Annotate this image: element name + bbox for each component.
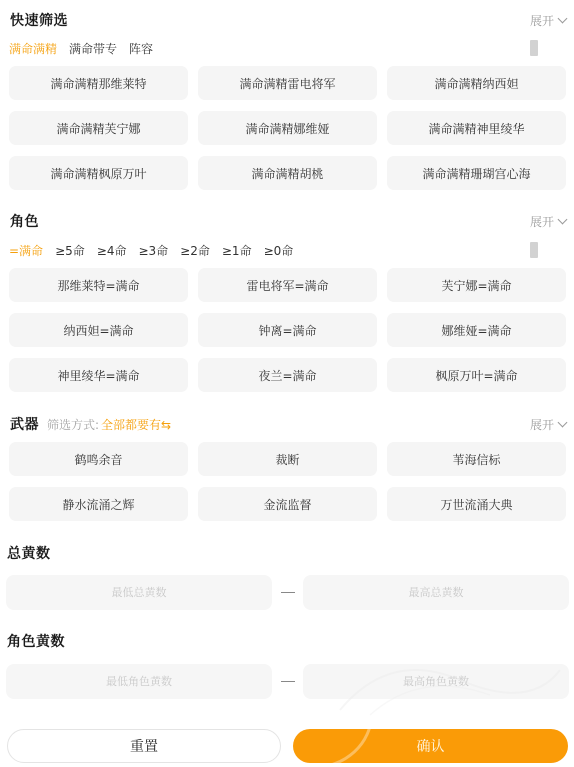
tab-constellation-3[interactable]: ≥3命	[138, 242, 168, 259]
reset-label: 重置	[130, 736, 158, 756]
total-gold-header: 总黄数	[7, 543, 566, 563]
char-gold-header: 角色黄数	[7, 631, 566, 651]
tab-constellation-full[interactable]: =满命	[9, 242, 43, 259]
character-chip-grid: 那维莱特=满命 雷电将军=满命 芙宁娜=满命 纳西妲=满命 钟离=满命 娜维娅=…	[9, 268, 566, 392]
range-separator	[272, 681, 303, 683]
tab-full-constellation-signature[interactable]: 满命带专	[69, 40, 117, 57]
character-title: 角色	[10, 211, 39, 231]
weapon-chip[interactable]: 静水流涌之辉	[9, 487, 188, 521]
tab-constellation-4[interactable]: ≥4命	[97, 242, 127, 259]
weapon-chip[interactable]: 鹤鸣余音	[9, 442, 188, 476]
filter-mode-label: 筛选方式:	[47, 416, 99, 433]
character-chip[interactable]: 枫原万叶=满命	[387, 358, 566, 392]
quick-filter-chip-grid: 满命满精那维莱特 满命满精雷电将军 满命满精纳西妲 满命满精芙宁娜 满命满精娜维…	[9, 66, 566, 190]
tabs-scrollbar[interactable]	[530, 242, 538, 258]
weapon-chip[interactable]: 金流监督	[198, 487, 377, 521]
range-separator	[272, 592, 303, 594]
expand-label: 展开	[530, 12, 554, 29]
tab-team-lineup[interactable]: 阵容	[129, 40, 153, 57]
filter-mode-toggle[interactable]: 全部都要有⇆	[101, 416, 171, 433]
character-chip[interactable]: 夜兰=满命	[198, 358, 377, 392]
weapon-chip-grid: 鹤鸣余音 裁断 苇海信标 静水流涌之辉 金流监督 万世流涌大典	[9, 442, 566, 521]
quick-filter-chip[interactable]: 满命满精纳西妲	[387, 66, 566, 100]
reset-button[interactable]: 重置	[7, 729, 281, 763]
decorative-swirl-icon	[293, 729, 373, 763]
total-gold-range	[6, 575, 569, 610]
tab-constellation-1[interactable]: ≥1命	[222, 242, 252, 259]
quick-filter-title: 快速筛选	[10, 10, 68, 30]
character-chip[interactable]: 那维莱特=满命	[9, 268, 188, 302]
weapon-title: 武器	[10, 414, 39, 434]
chevron-down-icon	[558, 214, 568, 224]
character-chip[interactable]: 神里绫华=满命	[9, 358, 188, 392]
character-chip[interactable]: 钟离=满命	[198, 313, 377, 347]
chevron-down-icon	[558, 13, 568, 23]
quick-filter-expand-button[interactable]: 展开	[530, 12, 566, 29]
weapon-chip[interactable]: 万世流涌大典	[387, 487, 566, 521]
confirm-label: 确认	[417, 736, 445, 756]
quick-filter-chip[interactable]: 满命满精芙宁娜	[9, 111, 188, 145]
weapon-header: 武器 筛选方式: 全部都要有⇆ 展开	[10, 414, 566, 434]
weapon-chip[interactable]: 苇海信标	[387, 442, 566, 476]
char-gold-min-input[interactable]	[6, 664, 272, 699]
quick-filter-chip[interactable]: 满命满精枫原万叶	[9, 156, 188, 190]
total-gold-min-input[interactable]	[6, 575, 272, 610]
quick-filter-header: 快速筛选 展开	[10, 10, 566, 30]
quick-filter-chip[interactable]: 满命满精那维莱特	[9, 66, 188, 100]
char-gold-title: 角色黄数	[7, 631, 65, 651]
tab-full-constellation-refine[interactable]: 满命满精	[9, 40, 57, 57]
weapon-expand-button[interactable]: 展开	[530, 416, 566, 433]
character-header: 角色 展开	[10, 211, 566, 231]
chevron-down-icon	[558, 417, 568, 427]
quick-filter-chip[interactable]: 满命满精娜维娅	[198, 111, 377, 145]
character-expand-button[interactable]: 展开	[530, 213, 566, 230]
confirm-button[interactable]: 确认	[293, 729, 568, 763]
expand-label: 展开	[530, 213, 554, 230]
weapon-chip[interactable]: 裁断	[198, 442, 377, 476]
quick-filter-chip[interactable]: 满命满精珊瑚宫心海	[387, 156, 566, 190]
quick-filter-chip[interactable]: 满命满精胡桃	[198, 156, 377, 190]
tabs-scrollbar[interactable]	[530, 40, 538, 56]
expand-label: 展开	[530, 416, 554, 433]
constellation-tabs: =满命 ≥5命 ≥4命 ≥3命 ≥2命 ≥1命 ≥0命	[9, 242, 305, 259]
quick-filter-chip[interactable]: 满命满精雷电将军	[198, 66, 377, 100]
char-gold-max-input[interactable]	[303, 664, 569, 699]
total-gold-max-input[interactable]	[303, 575, 569, 610]
tab-constellation-2[interactable]: ≥2命	[180, 242, 210, 259]
character-chip[interactable]: 纳西妲=满命	[9, 313, 188, 347]
quick-filter-tabs: 满命满精 满命带专 阵容	[9, 40, 165, 57]
char-gold-range	[6, 664, 569, 699]
tab-constellation-5[interactable]: ≥5命	[55, 242, 85, 259]
total-gold-title: 总黄数	[7, 543, 51, 563]
character-chip[interactable]: 雷电将军=满命	[198, 268, 377, 302]
character-chip[interactable]: 芙宁娜=满命	[387, 268, 566, 302]
character-chip[interactable]: 娜维娅=满命	[387, 313, 566, 347]
quick-filter-chip[interactable]: 满命满精神里绫华	[387, 111, 566, 145]
tab-constellation-0[interactable]: ≥0命	[264, 242, 294, 259]
